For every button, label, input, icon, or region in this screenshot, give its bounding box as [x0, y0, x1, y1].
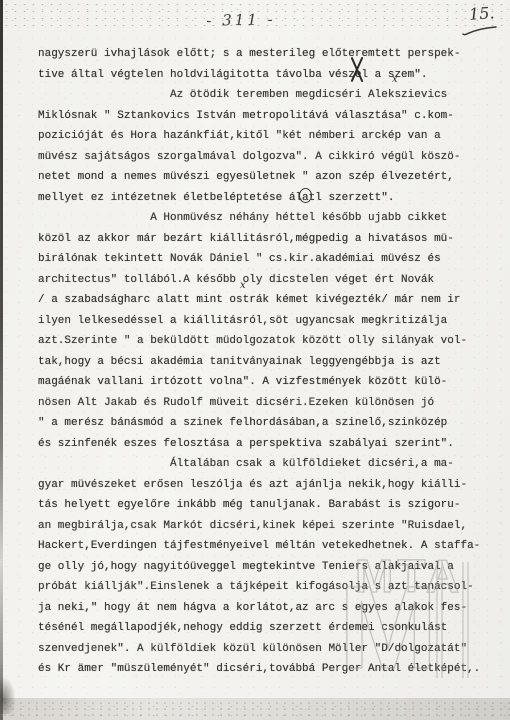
text-line: " a merész bánásmód a szinek felhordásáb…	[38, 413, 488, 434]
text-line: Az ötödik teremben megdicséri Alekszievi…	[38, 85, 488, 106]
text-line: netet mond a nemes müvészi egyesületnek …	[38, 167, 488, 188]
folio-underline	[460, 20, 500, 38]
text-line: an megbirálja,csak Markót dicséri,kinek …	[38, 516, 488, 537]
circled-letter-mark	[299, 188, 312, 203]
typewritten-text: nagyszerü ivhajlások előtt; s a mesteril…	[38, 44, 488, 680]
text-line: müvész sajátságos szorgalmával dolgozva"…	[38, 147, 488, 168]
scan-edge-line	[0, 0, 3, 720]
text-line: nagyszerü ivhajlások előtt; s a mesteril…	[38, 44, 488, 65]
text-line: birálónak tekintett Novák Dániel " cs.ki…	[38, 249, 488, 270]
text-line: nösen Alt Jakab és Rudolf müveit dicséri…	[38, 393, 488, 414]
text-line: / a szabadságharc alatt mint ostrák kéme…	[38, 290, 488, 311]
text-line: tak,hogy a bécsi akadémia tanitványainak…	[38, 352, 488, 373]
text-line: és Kr ämer "müszüleményét" dicséri,továb…	[38, 659, 488, 680]
text-line: Miklósnak " Sztankovics István metropoli…	[38, 106, 488, 127]
text-line: A Honmüvész néhány héttel később ujabb c…	[38, 208, 488, 229]
text-line: magáénak vallani irtózott volna". A vizf…	[38, 372, 488, 393]
text-line: azt.Szerinte " a beküldött müdolgozatok …	[38, 331, 488, 352]
text-line: ilyen lelkesedéssel a kiállitásról,söt u…	[38, 311, 488, 332]
text-line: Általában csak a külföldieket dicséri,a …	[38, 454, 488, 475]
text-line: tive által végtelen holdvilágitotta távo…	[38, 65, 488, 86]
text-line: közöl az akkor már bezárt kiállitásról,m…	[38, 229, 488, 250]
text-line: tás helyett egyelőre inkább még tanuljan…	[38, 495, 488, 516]
text-line: ja neki," hogy át nem hágva a korlátot,a…	[38, 598, 488, 619]
text-line: pozicióját és Hora hazánkfiát,kitől "két…	[38, 126, 488, 147]
scan-noise-bottom-band	[0, 698, 510, 720]
text-line: mellyet ez intézetnek életbeléptetése ál…	[38, 188, 488, 209]
text-line: gyar müvészeket erősen leszólja és azt a…	[38, 475, 488, 496]
insertion-x-mark: x	[392, 74, 398, 85]
scanned-page: - 311 - 15. nagyszerü ivhajlások előtt; …	[0, 0, 510, 720]
insertion-x-mark: x	[240, 280, 246, 291]
text-line: Hackert,Everdingen tájfestményeivel mélt…	[38, 536, 488, 557]
text-line: és szinfenék eszes felosztása a perspekt…	[38, 434, 488, 455]
text-line: architectus" tollából.A később oly dicst…	[38, 270, 488, 291]
text-line: próbát kiállják".Einslenek a tájképeit k…	[38, 577, 488, 598]
text-line: ge olly jó,hogy nagyitóüveggel megtekint…	[38, 557, 488, 578]
text-line: tésénél megállapodjék,nehogy eddig szerz…	[38, 618, 488, 639]
strike-correction-mark	[350, 56, 365, 83]
page-number: - 311 -	[0, 7, 496, 34]
text-line: szenvedjenek". A külföldiek közül különö…	[38, 639, 488, 660]
